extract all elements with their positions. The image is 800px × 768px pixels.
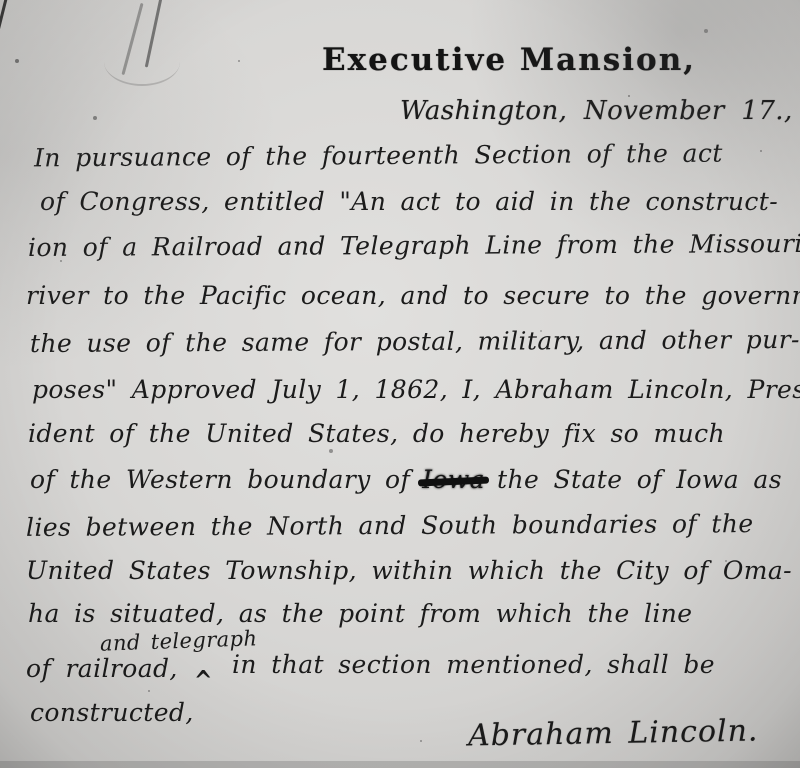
body-line-3: ion of a Railroad and Telegraph Line fro… — [28, 229, 800, 262]
body-line-7: ident of the United States, do hereby fi… — [28, 419, 725, 448]
body-line-12-after: in that section mentioned, shall be — [232, 650, 715, 679]
struck-out-word: Iowa — [422, 465, 485, 494]
photo-speckles — [0, 0, 2, 2]
body-line-8: of the Western boundary ofIowathe State … — [30, 465, 782, 494]
body-line-11: ha is situated, as the point from which … — [28, 599, 692, 628]
photo-corner-mark — [0, 0, 9, 65]
caret-mark: ^ — [194, 665, 213, 698]
body-line-6: poses" Approved July 1, 1862, I, Abraham… — [32, 375, 800, 404]
body-line-1: In pursuance of the fourteenth Section o… — [34, 139, 723, 173]
body-line-10: United States Township, within which the… — [26, 556, 792, 585]
dateline: Washington, November 17., 1863. — [400, 96, 800, 126]
body-line-9: lies between the North and South boundar… — [26, 509, 754, 542]
body-line-4: river to the Pacific ocean, and to secur… — [26, 281, 800, 310]
body-line-5: the use of the same for postal, military… — [30, 325, 800, 358]
letterhead-title: Executive Mansion, — [322, 42, 696, 78]
photo-bottom-edge — [0, 761, 800, 768]
body-line-2: of Congress, entitled "An act to aid in … — [40, 187, 778, 216]
body-line-12-before: of railroad, — [26, 654, 178, 683]
letter-photograph: Executive Mansion, Washington, November … — [0, 0, 800, 768]
pencil-scribble-mark — [104, 38, 180, 86]
body-line-13: constructed, — [30, 698, 194, 727]
line-8-before: of the Western boundary of — [30, 465, 410, 494]
lincoln-signature: Abraham Lincoln. — [468, 713, 759, 753]
line-8-after: the State of Iowa as — [497, 465, 782, 494]
